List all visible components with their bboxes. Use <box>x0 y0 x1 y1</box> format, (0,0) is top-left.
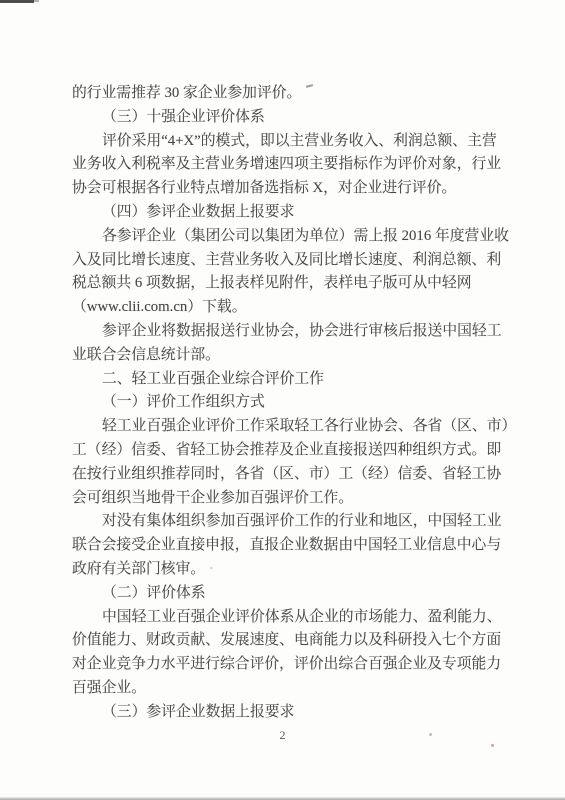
text-line: 中国轻工业百强企业评价体系从企业的市场能力、盈利能力、 <box>72 606 508 630</box>
text-line: 税总额共 6 项数据，上报表样见附件，表样电子版可从中轻网 <box>72 272 508 296</box>
text-line: 入及同比增长速度、主营业务收入及同比增长速度、利润总额、利 <box>72 249 508 273</box>
section-heading: （三）参评企业数据上报要求 <box>72 701 508 725</box>
document-body: 的行业需推荐 30 家企业参加评价。 （三）十强企业评价体系 评价采用“4+X”… <box>72 82 508 725</box>
section-heading: （四）参评企业数据上报要求 <box>72 201 508 225</box>
scan-artifact-corner-bar <box>0 0 34 3</box>
scan-artifact-corner-bar-light <box>34 0 39 2</box>
text-line: 协会可根据各行业特点增加备选指标 X，对企业进行评价。 <box>72 177 508 201</box>
chapter-heading: 二、轻工业百强企业综合评价工作 <box>72 368 508 392</box>
text-line: 价值能力、财政贡献、发展速度、电商能力以及科研投入七个方面 <box>72 629 508 653</box>
text-line: 参评企业将数据报送行业协会，协会进行审核后报送中国轻工 <box>72 320 508 344</box>
text-line: 评价采用“4+X”的模式，即以主营业务收入、利润总额、主营 <box>72 130 508 154</box>
text-line: 的行业需推荐 30 家企业参加评价。 <box>72 82 508 106</box>
text-line: 业务收入利税率及主营业务增速四项主要指标作为评价对象，行业 <box>72 153 508 177</box>
text-line: 工（经）信委、省轻工协会推荐及企业直接报送四种组织方式。即 <box>72 439 508 463</box>
scan-artifact-speck <box>491 744 494 747</box>
text-line: 联合会接受企业直接申报，直报企业数据由中国轻工业信息中心与 <box>72 534 508 558</box>
section-heading: （二）评价体系 <box>72 582 508 606</box>
text-line: 对企业竞争力水平进行综合评价，评价出综合百强企业及专项能力 <box>72 653 508 677</box>
text-line: 政府有关部门核审。 <box>72 558 508 582</box>
text-line: 会可组织当地骨干企业参加百强评价工作。 <box>72 487 508 511</box>
text-line: 百强企业。 <box>72 677 508 701</box>
text-line: 轻工业百强企业评价工作采取轻工各行业协会、各省（区、市） <box>72 415 508 439</box>
scan-artifact-speck <box>210 567 213 569</box>
text-line: 各参评企业（集团公司以集团为单位）需上报 2016 年度营业收 <box>72 225 508 249</box>
text-line: （www.clii.com.cn）下载。 <box>72 296 508 320</box>
text-line: 对没有集体组织参加百强评价工作的行业和地区，中国轻工业 <box>72 510 508 534</box>
text-line: 在按行业组织推荐同时，各省（区、市）工（经）信委、省轻工协 <box>72 463 508 487</box>
section-heading: （一）评价工作组织方式 <box>72 391 508 415</box>
page-number: 2 <box>0 728 565 743</box>
text-line: 业联合会信息统计部。 <box>72 344 508 368</box>
document-page: 的行业需推荐 30 家企业参加评价。 （三）十强企业评价体系 评价采用“4+X”… <box>0 0 565 800</box>
section-heading: （三）十强企业评价体系 <box>72 106 508 130</box>
